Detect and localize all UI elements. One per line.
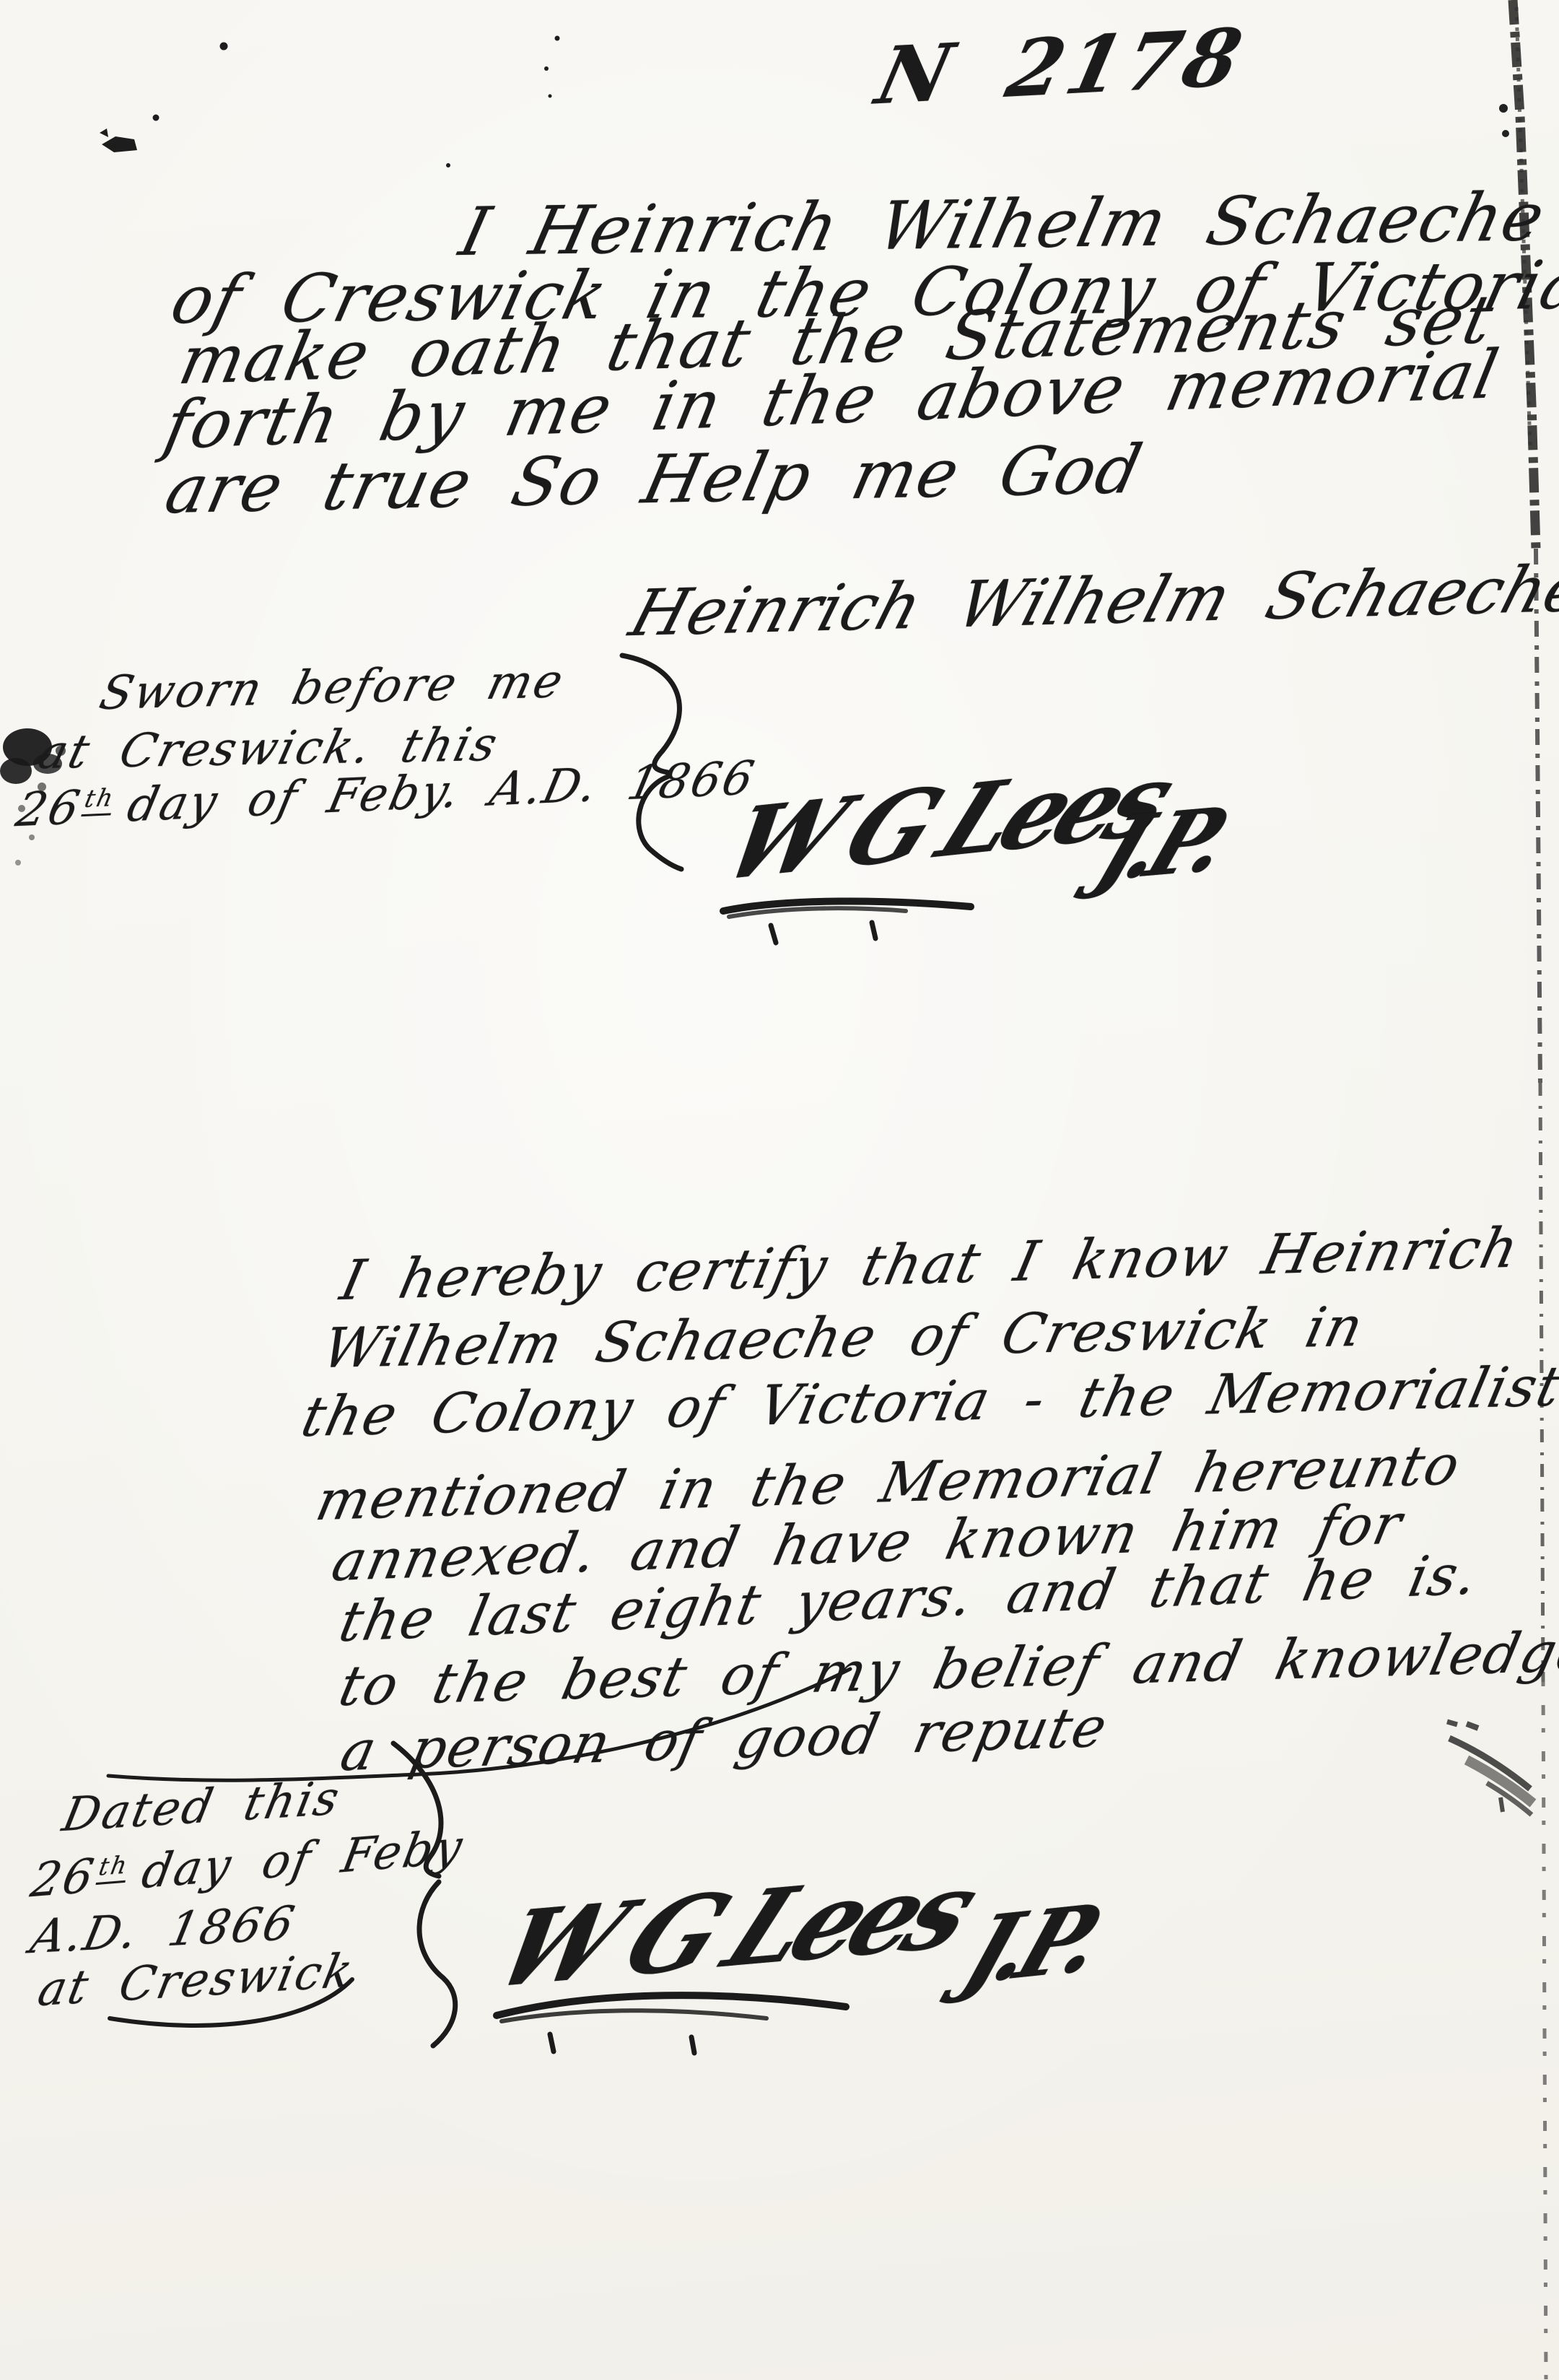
jp-signature-bottom-title: J.P. <box>953 1893 1108 1999</box>
ink-smudge <box>1447 1722 1533 1815</box>
jurat-day-suffix: th <box>82 783 118 816</box>
deponent-signature: Heinrich Wilhelm Schaeche <box>624 557 1559 645</box>
dated-line: Dated this <box>58 1775 344 1839</box>
dated-day-number: 26 <box>27 1849 100 1908</box>
signature-underline <box>723 901 971 943</box>
dated-day-suffix: th <box>96 1850 131 1885</box>
jp-signature-bottom: W G Lees <box>481 1857 987 2003</box>
ink-speck <box>1502 130 1509 137</box>
ink-speck <box>1499 104 1508 113</box>
scan-edge-line <box>1499 0 1546 2380</box>
oath-line: are true So Help me God <box>160 437 1148 524</box>
dated-brace <box>393 1743 455 2046</box>
scanned-document-page: N 2178 I Heinrich Wilhelm Schaeche of Cr… <box>0 0 1559 2380</box>
jurat-line: Sworn before me <box>95 658 569 717</box>
jurat-day-number: 26 <box>12 781 87 838</box>
document-number: N 2178 <box>870 18 1252 116</box>
